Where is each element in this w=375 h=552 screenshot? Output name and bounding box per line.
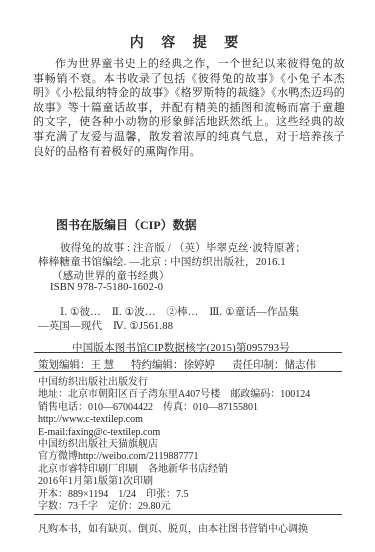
- content-summary-title: 内 容 提 要: [0, 32, 375, 52]
- edition-line: 2016年1月第1版第1次印刷: [38, 476, 348, 488]
- format-line: 开本：889×1194 1/24 印张：7.5: [38, 489, 348, 501]
- divider-middle: [34, 371, 342, 372]
- print-supervisor-label: 责任印制：: [232, 360, 285, 371]
- cip-heading: 图书在版编目（CIP）数据: [56, 216, 197, 233]
- publisher-weibo-line: 官方微博http://weibo.com/2119887771: [38, 451, 348, 463]
- special-editor: 特约编辑：徐婷婷: [131, 357, 215, 372]
- special-editor-label: 特约编辑：: [131, 360, 184, 371]
- cip-publisher-line: 棒棒糖童书馆编绘. —北京 : 中国纺织出版社，2016.1: [38, 254, 286, 269]
- print-supervisor-name: 储志伟: [285, 360, 317, 371]
- publisher-phone-line: 销售电话：010—67004422 传真：010—87155801: [38, 402, 348, 414]
- publisher-info-block: 中国纺织出版社出版发行 地址：北京市朝阳区百子湾东里A407号楼 邮政编码：10…: [38, 377, 348, 513]
- divider-bottom: [34, 514, 342, 515]
- copyright-page: 内 容 提 要 作为世界童书史上的经典之作，一个世纪以来彼得兔的故事畅销不衰。本…: [0, 0, 375, 552]
- special-editor-name: 徐婷婷: [184, 360, 216, 371]
- exchange-notice: 凡购本书，如有缺页、倒页、脱页，由本社图书营销中心调换: [38, 520, 348, 535]
- planning-editor-name: 王 慧: [91, 360, 115, 371]
- cip-classification-line-1: Ⅰ. ①彼… Ⅱ. ①波… ②棒… Ⅲ. ①童话—作品集: [60, 304, 299, 319]
- isbn-line: ISBN 978-7-5180-1602-0: [50, 282, 163, 293]
- cip-series-line: （感动世界的童书经典）: [52, 268, 170, 283]
- print-supervisor: 责任印制：储志伟: [232, 357, 316, 372]
- publisher-name-line: 中国纺织出版社出版发行: [38, 377, 348, 389]
- planning-editor-label: 策划编辑：: [38, 360, 91, 371]
- publisher-address-line: 地址：北京市朝阳区百子湾东里A407号楼 邮政编码：100124: [38, 389, 348, 401]
- content-summary-paragraph: 作为世界童书史上的经典之作，一个世纪以来彼得兔的故事畅销不衰。本书收录了包括《彼…: [33, 57, 345, 159]
- publisher-store-line: 中国纺织出版社天猫旗舰店: [38, 439, 348, 451]
- publisher-email-line: E-mail:faxing@c-textilep.com: [38, 427, 348, 439]
- planning-editor: 策划编辑：王 慧: [38, 357, 114, 372]
- divider-top: [34, 352, 342, 353]
- price-line: 字数：73千字 定价：29.80元: [38, 501, 348, 513]
- cip-title-line: 彼得兔的故事 : 注音版 / （英）毕翠克丝·波特原著；: [60, 240, 306, 255]
- cip-classification-line-2: —英国—现代 Ⅳ. ①J561.88: [38, 318, 173, 333]
- publisher-website-line: http://www.c-textilep.com: [38, 414, 348, 426]
- printer-line: 北京市睿特印刷厂印刷 各地新华书店经销: [38, 464, 348, 476]
- editors-row: 策划编辑：王 慧 特约编辑：徐婷婷 责任印制：储志伟: [38, 357, 316, 372]
